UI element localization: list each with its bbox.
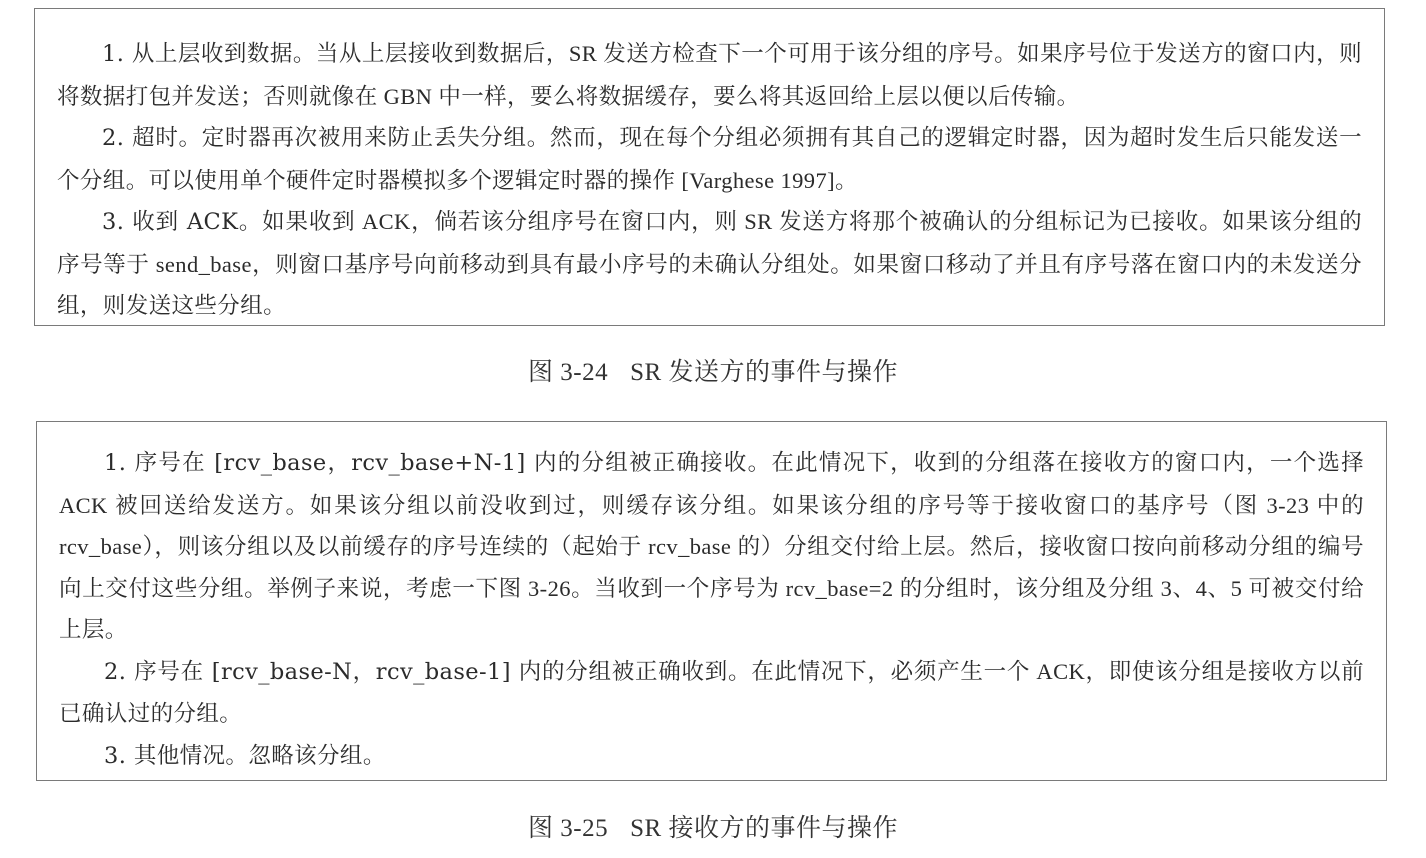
sender-item-timeout: 2. 超时。定时器再次被用来防止丢失分组。然而，现在每个分组必须拥有其自己的逻辑… (57, 117, 1362, 201)
item-heading: 3. 收到 ACK。 (102, 209, 262, 235)
item-heading: 1. 序号在 [rcv_base，rcv_base+N-1] 内的分组被正确接收… (104, 450, 771, 476)
item-body: 在此情况下，收到的分组落在接收方的窗口内，一个选择 ACK 被回送给发送方。如果… (59, 450, 1364, 642)
sender-item-ack-received: 3. 收到 ACK。如果收到 ACK，倘若该分组序号在窗口内，则 SR 发送方将… (57, 201, 1362, 327)
sender-events-box: 1. 从上层收到数据。当从上层接收到数据后，SR 发送方检查下一个可用于该分组的… (34, 8, 1385, 326)
figure-caption-3-25: 图 3-25SR 接收方的事件与操作 (0, 808, 1426, 844)
figure-title: SR 接收方的事件与操作 (630, 815, 898, 842)
item-heading: 2. 序号在 [rcv_base-N，rcv_base-1] 内的分组被正确收到… (104, 659, 751, 685)
item-heading: 2. 超时。 (102, 125, 202, 151)
sender-item-receive-data: 1. 从上层收到数据。当从上层接收到数据后，SR 发送方检查下一个可用于该分组的… (57, 33, 1362, 117)
item-body: 忽略该分组。 (248, 743, 385, 768)
receiver-item-in-window: 1. 序号在 [rcv_base，rcv_base+N-1] 内的分组被正确接收… (59, 442, 1364, 651)
receiver-events-box: 1. 序号在 [rcv_base，rcv_base+N-1] 内的分组被正确接收… (36, 421, 1387, 781)
item-heading: 3. 其他情况。 (104, 743, 248, 769)
figure-caption-3-24: 图 3-24SR 发送方的事件与操作 (0, 352, 1426, 388)
item-body: 定时器再次被用来防止丢失分组。然而，现在每个分组必须拥有其自己的逻辑定时器，因为… (57, 125, 1362, 193)
figure-number: 图 3-25 (528, 815, 608, 842)
figure-number: 图 3-24 (528, 359, 608, 386)
item-heading: 1. 从上层收到数据。 (102, 41, 316, 67)
receiver-item-previous-window: 2. 序号在 [rcv_base-N，rcv_base-1] 内的分组被正确收到… (59, 651, 1364, 735)
figure-title: SR 发送方的事件与操作 (630, 359, 898, 386)
receiver-item-otherwise: 3. 其他情况。忽略该分组。 (59, 735, 1364, 778)
